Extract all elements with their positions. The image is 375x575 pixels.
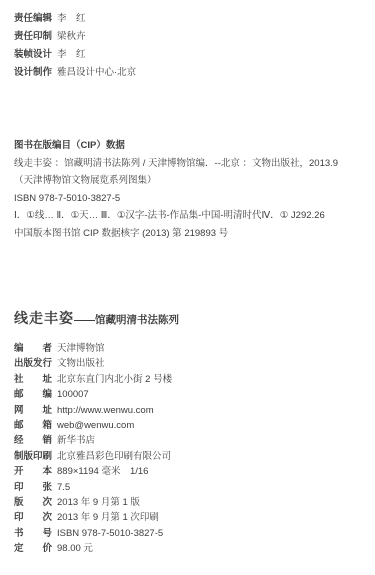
- field-value: 天津博物馆: [57, 343, 105, 354]
- field-value: 100007: [57, 389, 89, 400]
- credit-value: 梁秋卉: [57, 31, 86, 42]
- cip-record-number: 中国版本图书馆 CIP 数据核字 (2013) 第 219893 号: [14, 225, 338, 243]
- credit-row: 责任印制梁秋卉: [14, 28, 136, 46]
- credit-row: 设计制作雅昌设计中心·北京: [14, 64, 136, 82]
- field-value: 7.5: [57, 482, 70, 493]
- field-label: 制版印刷: [14, 449, 54, 464]
- colophon-row: 印 张7.5: [14, 480, 172, 495]
- field-value: 新华书店: [57, 435, 95, 446]
- cip-header: 图书在版编目（CIP）数据: [14, 137, 338, 155]
- staff-credits-block: 责任编辑李 红 责任印制梁秋卉 装帧设计李 红 设计制作雅昌设计中心·北京: [14, 10, 136, 82]
- field-value: ISBN 978-7-5010-3827-5: [57, 528, 163, 539]
- credit-label: 设计制作: [14, 64, 54, 82]
- colophon-row: 定 价98.00 元: [14, 541, 172, 556]
- field-value: http://www.wenwu.com: [57, 405, 154, 416]
- colophon-row: 书 号ISBN 978-7-5010-3827-5: [14, 526, 172, 541]
- colophon-row: 邮 箱web@wenwu.com: [14, 418, 172, 433]
- colophon-row: 经 销新华书店: [14, 433, 172, 448]
- cip-series-note: （天津博物馆文物展览系列图集）: [14, 172, 338, 190]
- book-title-main: 线走丰姿: [14, 310, 74, 326]
- cip-data-block: 图书在版编目（CIP）数据 线走丰姿 ：馆藏明清书法陈列 / 天津博物馆编．--…: [14, 137, 338, 242]
- field-label: 经 销: [14, 433, 54, 448]
- field-value: 98.00 元: [57, 543, 93, 554]
- field-value: 2013 年 9 月第 1 版: [57, 497, 140, 508]
- colophon-row: 社 址北京东直门内北小街 2 号楼: [14, 372, 172, 387]
- colophon-row: 印 次2013 年 9 月第 1 次印刷: [14, 510, 172, 525]
- colophon-row: 编 者天津博物馆: [14, 341, 172, 356]
- field-label: 邮 编: [14, 387, 54, 402]
- field-label: 版 次: [14, 495, 54, 510]
- field-value: web@wenwu.com: [57, 420, 134, 431]
- field-label: 出版发行: [14, 356, 54, 371]
- cip-title-statement: 线走丰姿 ：馆藏明清书法陈列 / 天津博物馆编．--北京 ：文物出版社，2013…: [14, 155, 338, 173]
- field-label: 定 价: [14, 541, 54, 556]
- cip-classification: Ⅰ．①线… Ⅱ．①天… Ⅲ．①汉字-法书-作品集-中国-明清时代Ⅳ．① J292…: [14, 207, 338, 225]
- field-label: 网 址: [14, 403, 54, 418]
- field-label: 印 张: [14, 480, 54, 495]
- credit-label: 装帧设计: [14, 46, 54, 64]
- field-value: 2013 年 9 月第 1 次印刷: [57, 512, 159, 523]
- field-label: 印 次: [14, 510, 54, 525]
- credit-value: 李 红: [57, 13, 86, 24]
- colophon-row: 开 本889×1194 毫米 1/16: [14, 464, 172, 479]
- credit-label: 责任编辑: [14, 10, 54, 28]
- copyright-page: 责任编辑李 红 责任印制梁秋卉 装帧设计李 红 设计制作雅昌设计中心·北京 图书…: [0, 0, 375, 575]
- cip-isbn: ISBN 978-7-5010-3827-5: [14, 190, 338, 208]
- credit-value: 李 红: [57, 49, 86, 60]
- field-label: 书 号: [14, 526, 54, 541]
- credit-label: 责任印制: [14, 28, 54, 46]
- field-value: 文物出版社: [57, 358, 105, 369]
- field-label: 邮 箱: [14, 418, 54, 433]
- colophon-row: 出版发行文物出版社: [14, 356, 172, 371]
- book-title: 线走丰姿——馆藏明清书法陈列: [14, 308, 179, 328]
- colophon-row: 制版印刷北京雅昌彩色印刷有限公司: [14, 449, 172, 464]
- credit-value: 雅昌设计中心·北京: [57, 67, 136, 78]
- book-title-subtitle: ——馆藏明清书法陈列: [74, 314, 179, 326]
- colophon-row: 网 址http://www.wenwu.com: [14, 403, 172, 418]
- field-label: 开 本: [14, 464, 54, 479]
- credit-row: 装帧设计李 红: [14, 46, 136, 64]
- field-value: 889×1194 毫米 1/16: [57, 466, 148, 477]
- colophon-row: 版 次2013 年 9 月第 1 版: [14, 495, 172, 510]
- colophon-row: 邮 编100007: [14, 387, 172, 402]
- colophon-block: 编 者天津博物馆 出版发行文物出版社 社 址北京东直门内北小街 2 号楼 邮 编…: [14, 341, 172, 557]
- field-value: 北京东直门内北小街 2 号楼: [57, 374, 172, 385]
- field-value: 北京雅昌彩色印刷有限公司: [57, 451, 171, 462]
- credit-row: 责任编辑李 红: [14, 10, 136, 28]
- field-label: 编 者: [14, 341, 54, 356]
- field-label: 社 址: [14, 372, 54, 387]
